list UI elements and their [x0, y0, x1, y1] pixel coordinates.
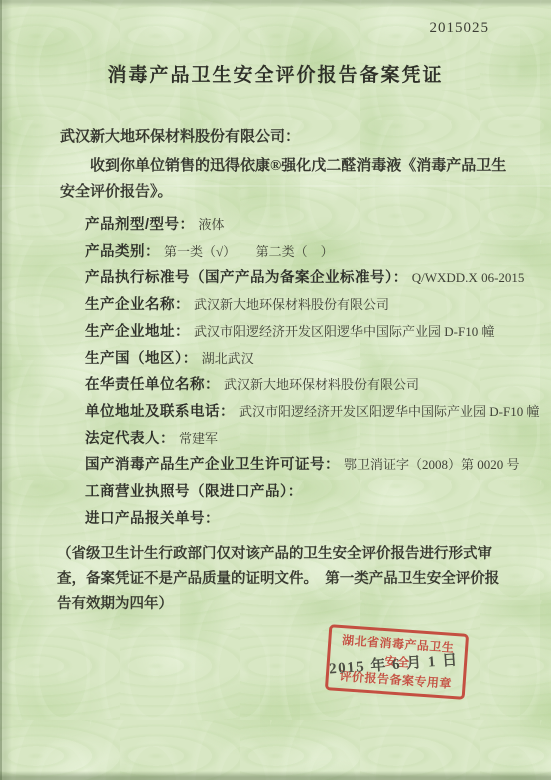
field-row-dosage-form: 产品剂型/型号：液体 [85, 212, 508, 239]
disclaimer-note: （省级卫生计生行政部门仅对该产品的卫生安全评价报告进行形式审查，备案凭证不是产品… [57, 542, 508, 617]
field-row-country-of-origin: 生产国（地区）：湖北武汉 [85, 346, 508, 373]
field-label: 进口产品报关单号： [85, 511, 220, 527]
field-row-china-responsible-unit: 在华责任单位名称：武汉新大地环保材料股份有限公司 [85, 372, 508, 399]
field-label: 生产企业地址： [85, 324, 190, 340]
field-value: 湖北武汉 [198, 351, 254, 366]
field-value: 常建军 [175, 431, 218, 446]
field-value: 武汉新大地环保材料股份有限公司 [220, 377, 419, 392]
field-row-standard-number: 产品执行标准号（国产产品为备案企业标准号）：Q/WXDD.X 06-2015 [85, 265, 508, 292]
field-value: 第一类（√） 第二类（ ） [160, 244, 334, 259]
field-row-business-license-number: 工商营业执照号（限进口产品）： [85, 479, 508, 506]
addressee-line: 武汉新大地环保材料股份有限公司： [60, 126, 508, 148]
field-label: 工商营业执照号（限进口产品）： [85, 484, 303, 500]
field-value [303, 484, 307, 499]
field-label: 产品执行标准号（国产产品为备案企业标准号）： [85, 270, 408, 286]
certificate-page: 2015025 消毒产品卫生安全评价报告备案凭证 武汉新大地环保材料股份有限公司… [0, 0, 551, 780]
field-value: 武汉市阳逻经济开发区阳逻华中国际产业园 D-F10 幢 [235, 404, 539, 419]
field-row-hygiene-license-number: 国产消毒产品生产企业卫生许可证号：鄂卫消证字（2008）第 0020 号 [85, 452, 508, 479]
field-label: 生产企业名称： [85, 297, 190, 313]
field-value: 武汉市阳逻经济开发区阳逻华中国际产业园 D-F10 幢 [190, 324, 494, 339]
field-label: 单位地址及联系电话： [85, 404, 235, 420]
intro-paragraph: 收到你单位销售的迅得依康®强化戊二醛消毒液《消毒产品卫生安全评价报告》。 [60, 153, 508, 205]
field-row-legal-representative: 法定代表人：常建军 [85, 426, 508, 453]
field-row-customs-declaration-number: 进口产品报关单号： [85, 506, 508, 533]
field-label: 在华责任单位名称： [85, 377, 220, 393]
field-value: Q/WXDD.X 06-2015 [408, 270, 525, 285]
field-value: 鄂卫消证字（2008）第 0020 号 [340, 457, 520, 472]
field-value: 液体 [195, 217, 225, 232]
field-row-unit-address-phone: 单位地址及联系电话：武汉市阳逻经济开发区阳逻华中国际产业园 D-F10 幢 [85, 399, 508, 426]
field-label: 法定代表人： [85, 431, 175, 447]
field-row-product-category: 产品类别：第一类（√） 第二类（ ） [85, 239, 508, 266]
field-value: 武汉新大地环保材料股份有限公司 [190, 297, 389, 312]
certificate-body: 武汉新大地环保材料股份有限公司： 收到你单位销售的迅得依康®强化戊二醛消毒液《消… [60, 126, 508, 617]
field-label: 产品类别： [85, 244, 160, 260]
field-row-manufacturer-name: 生产企业名称：武汉新大地环保材料股份有限公司 [85, 292, 508, 319]
field-label: 国产消毒产品生产企业卫生许可证号： [85, 457, 340, 473]
fields-list: 产品剂型/型号：液体 产品类别：第一类（√） 第二类（ ） 产品执行标准号（国产… [85, 212, 508, 532]
field-row-manufacturer-address: 生产企业地址：武汉市阳逻经济开发区阳逻华中国际产业园 D-F10 幢 [85, 319, 508, 346]
field-label: 产品剂型/型号： [85, 217, 195, 233]
field-label: 生产国（地区）： [85, 351, 198, 367]
page-title: 消毒产品卫生安全评价报告备案凭证 [0, 60, 551, 87]
serial-number: 2015025 [430, 20, 490, 37]
field-value [220, 511, 224, 526]
